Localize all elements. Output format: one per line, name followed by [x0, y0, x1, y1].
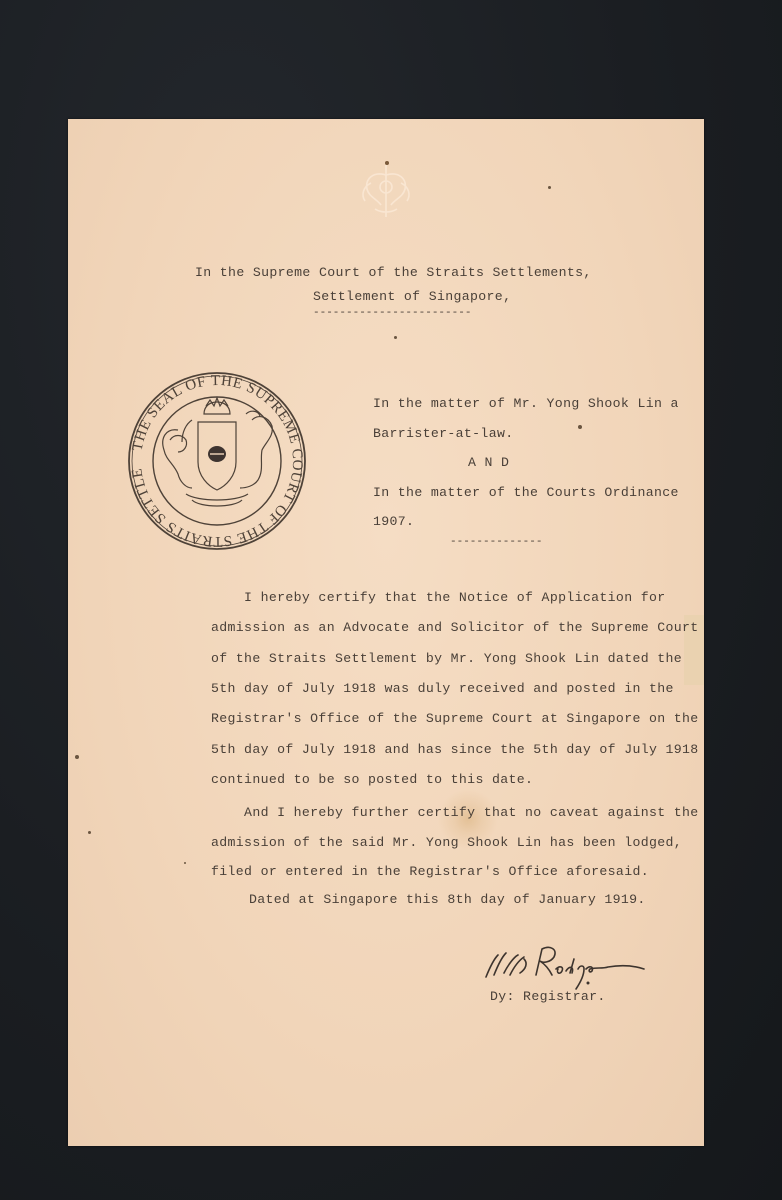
heading-underline: ------------------------: [313, 308, 471, 319]
matter-line-3: In the matter of the Courts Ordinance: [373, 486, 679, 499]
embossed-crest-icon: [351, 161, 421, 221]
matter-line-1: In the matter of Mr. Yong Shook Lin a: [373, 397, 679, 410]
matter-and: A N D: [468, 456, 509, 469]
settlement-heading: Settlement of Singapore,: [313, 290, 511, 303]
body-line: of the Straits Settlement by Mr. Yong Sh…: [211, 652, 682, 665]
dated-line: Dated at Singapore this 8th day of Janua…: [249, 893, 646, 906]
paper-speck: [394, 336, 397, 339]
paper-speck: [548, 186, 551, 189]
body-line: continued to be so posted to this date.: [211, 773, 533, 786]
body-line: 5th day of July 1918 was duly received a…: [211, 682, 674, 695]
court-seal-icon: THE SEAL OF THE SUPREME COURT OF THE STR…: [126, 370, 308, 552]
body-line: admission of the said Mr. Yong Shook Lin…: [211, 836, 682, 849]
body-line: Registrar's Office of the Supreme Court …: [211, 712, 699, 725]
court-heading: In the Supreme Court of the Straits Sett…: [195, 266, 592, 279]
paper-speck: [578, 425, 582, 429]
paper-speck: [75, 755, 79, 759]
matter-line-4: 1907.: [373, 515, 414, 528]
body-line: And I hereby further certify that no cav…: [211, 806, 699, 819]
body-line: admission as an Advocate and Solicitor o…: [211, 621, 699, 634]
body-line: I hereby certify that the Notice of Appl…: [211, 591, 666, 604]
registrar-title: Dy: Registrar.: [490, 990, 606, 1003]
registrar-signature-icon: [480, 939, 650, 994]
matter-rule: --------------: [450, 537, 542, 548]
certificate-page: In the Supreme Court of the Straits Sett…: [68, 119, 704, 1146]
matter-line-2: Barrister-at-law.: [373, 427, 513, 440]
body-line: 5th day of July 1918 and has since the 5…: [211, 743, 699, 756]
body-line: filed or entered in the Registrar's Offi…: [211, 865, 649, 878]
paper-speck: [184, 862, 186, 864]
paper-speck: [88, 831, 91, 834]
